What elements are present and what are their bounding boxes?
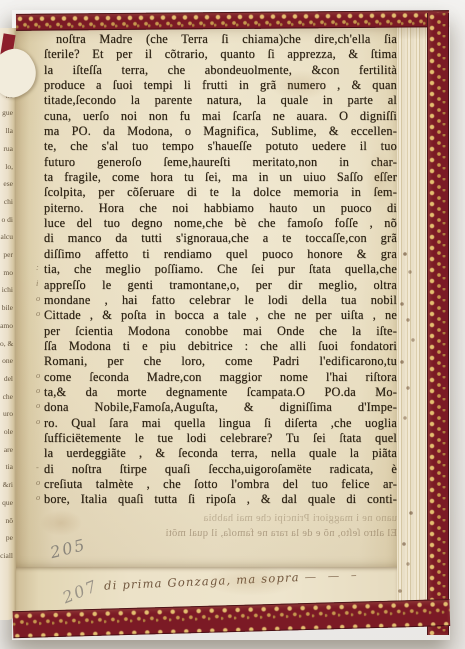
margin-mark: o bbox=[36, 293, 40, 303]
gutter-fragment: chi bbox=[0, 198, 15, 206]
margin-mark: i bbox=[36, 278, 38, 288]
gutter-fragment: o di bbox=[0, 216, 15, 224]
gutter-fragment: are bbox=[0, 446, 15, 454]
gutter-fragment: gue bbox=[0, 109, 15, 117]
gutter-fragment: mo bbox=[0, 269, 15, 277]
gutter-fragment: &ri bbox=[0, 481, 15, 489]
margin-mark: o bbox=[36, 308, 40, 318]
gutter-fragment: che bbox=[0, 393, 15, 401]
pencil-number-bottom: 207 bbox=[60, 576, 101, 607]
margin-mark: - bbox=[36, 462, 39, 472]
showthrough-line: uano ne i maggiori Principi che mai habb… bbox=[44, 511, 397, 526]
margin-marks-layer: :ioooooo-oo bbox=[16, 27, 397, 567]
ink-inscription: di prima Gonzaga, ma sopra — — – bbox=[104, 567, 361, 592]
gutter-fragment: amo bbox=[0, 322, 15, 330]
margin-mark: o bbox=[36, 385, 40, 395]
margin-mark: : bbox=[36, 262, 39, 272]
gutter-text-fragments: e alnèguellarualo,esechio dialcupermoich… bbox=[0, 74, 15, 560]
gutter-fragment: rua bbox=[0, 145, 15, 153]
facing-page-gutter-edge: e alnèguellarualo,esechio dialcupermoich… bbox=[0, 28, 17, 620]
gutter-fragment: o, & bbox=[0, 340, 15, 348]
margin-mark: o bbox=[36, 400, 40, 410]
margin-mark: o bbox=[36, 477, 40, 487]
ink-showthrough: uano ne i maggiori Principi che mai habb… bbox=[44, 511, 397, 541]
photo-backdrop: { "photo": { "backdrop_color": "#f1f0ee"… bbox=[0, 0, 465, 649]
gutter-fragment: tia bbox=[0, 463, 15, 471]
gutter-fragment: lla bbox=[0, 127, 15, 135]
gutter-fragment: ole bbox=[0, 428, 15, 436]
gutter-fragment: alcu bbox=[0, 233, 15, 241]
gutter-fragment: pe bbox=[0, 534, 15, 542]
margin-mark: o bbox=[36, 370, 40, 380]
ink-specks bbox=[0, 0, 2, 2]
gutter-fragment: per bbox=[0, 251, 15, 259]
ink-inscription-text: di prima Gonzaga, ma sopra bbox=[104, 570, 300, 593]
gutter-fragment: bile bbox=[0, 304, 15, 312]
gutter-fragment: ichi bbox=[0, 286, 15, 294]
ink-inscription-flourish: — — – bbox=[304, 567, 361, 583]
gutter-fragment: que bbox=[0, 499, 15, 507]
gutter-fragment: ciall bbox=[0, 552, 15, 560]
showthrough-line: El altro ſeſto, nõ e de la rara ne famoſ… bbox=[44, 526, 397, 541]
printed-page: noſtra Madre (che Terra ſi chiama)che di… bbox=[16, 27, 397, 567]
gutter-fragment: uro bbox=[0, 410, 15, 418]
fore-edge-page-stack bbox=[396, 26, 427, 616]
margin-mark: o bbox=[36, 416, 40, 426]
gutter-fragment: nõ bbox=[0, 517, 15, 525]
binding-gilt-border-right bbox=[427, 13, 449, 635]
gutter-fragment: lo, bbox=[0, 163, 15, 171]
gutter-fragment: del bbox=[0, 375, 15, 383]
gutter-fragment: ese bbox=[0, 180, 15, 188]
margin-mark: o bbox=[36, 492, 40, 502]
gutter-fragment: one bbox=[0, 357, 15, 365]
